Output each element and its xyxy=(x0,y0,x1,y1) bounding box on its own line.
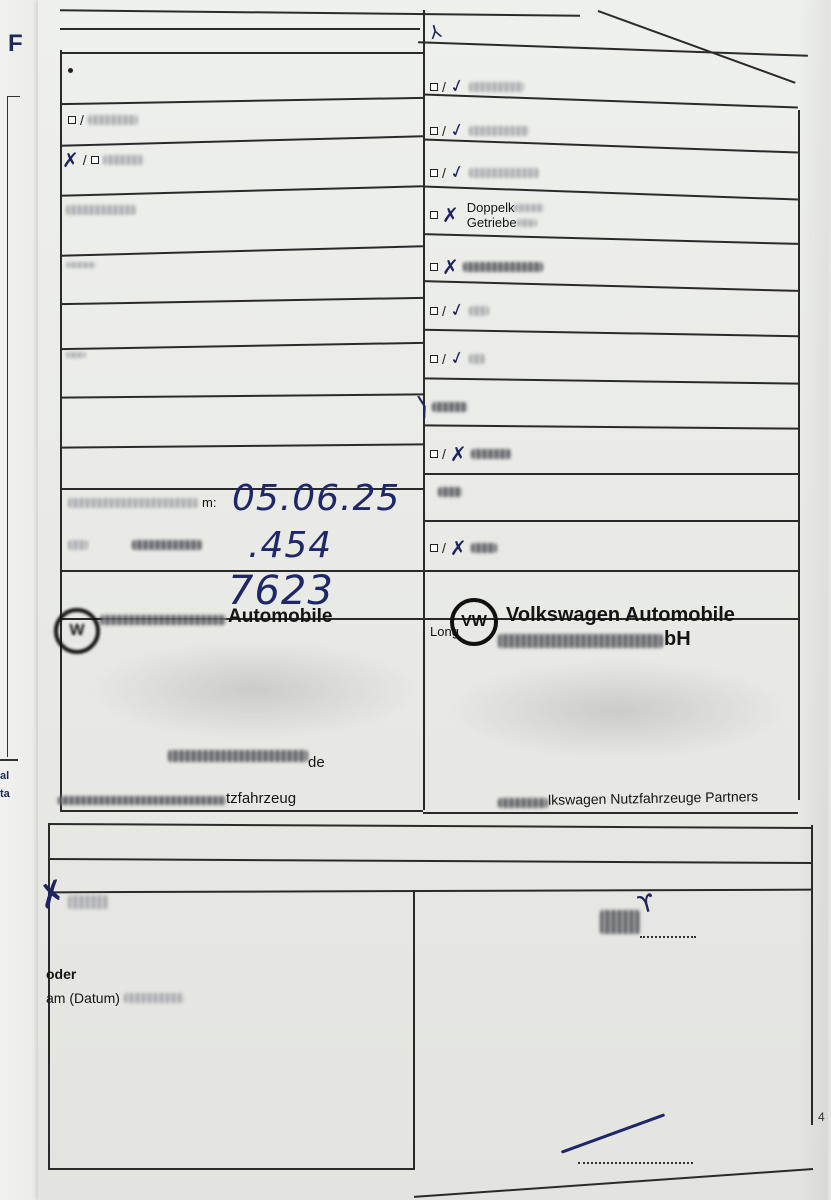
checkbox-icon[interactable] xyxy=(430,307,438,315)
date-label-suffix: m: xyxy=(202,495,216,510)
checkbox-icon[interactable] xyxy=(430,83,438,91)
redacted-label xyxy=(469,354,485,364)
back-page-bracket xyxy=(7,96,20,757)
redacted-label xyxy=(103,155,143,165)
right-row-10 xyxy=(438,487,462,497)
dsg-label: Doppelk Getriebe xyxy=(467,200,545,230)
signature-line[interactable] xyxy=(578,1162,693,1164)
pen-mark: ⅄ xyxy=(427,21,443,44)
pen-signature-stroke xyxy=(561,1113,665,1153)
vw-brand-line-1: Volkswagen Automobile xyxy=(506,604,735,627)
right-checkbox-row-6[interactable]: / ✓ xyxy=(430,300,489,321)
redacted-label xyxy=(432,402,467,412)
service-booklet-page: ⅄ / ✗ / m: 05.06.25 xyxy=(38,0,828,1200)
right-checkbox-row-3[interactable]: / ✓ xyxy=(430,162,539,183)
checkbox-icon[interactable] xyxy=(430,544,438,552)
left-row-1 xyxy=(68,68,73,73)
right-checkbox-row-1[interactable]: / ✓ xyxy=(430,76,524,97)
dealer-stamp-word: Automobile xyxy=(228,606,333,628)
redacted-stamp-line xyxy=(58,796,226,805)
left-row-5 xyxy=(66,262,96,268)
redacted-dealer-name xyxy=(100,615,226,625)
back-page-fragment-2: ta xyxy=(0,788,10,800)
left-row-4 xyxy=(66,205,136,215)
pen-cross-mark: ✗ xyxy=(450,538,467,558)
pen-tick-mark: ⟩ xyxy=(414,391,432,423)
pen-tick-mark: ✓ xyxy=(447,346,467,370)
pen-cross-mark: ✗ xyxy=(442,205,459,225)
redacted-label xyxy=(469,82,524,92)
table-border-right xyxy=(798,110,800,800)
redacted-label xyxy=(66,262,96,268)
checkbox-icon[interactable] xyxy=(430,127,438,135)
right-checkbox-row-5[interactable]: ✗ xyxy=(430,257,543,277)
redacted-label xyxy=(469,306,489,316)
stamp-line-2-suffix: de xyxy=(308,754,325,771)
right-checkbox-row-7[interactable]: / ✓ xyxy=(430,348,485,369)
checkbox-icon[interactable] xyxy=(430,169,438,177)
service-date-row: m: xyxy=(68,495,216,510)
redacted-company-name xyxy=(498,634,663,648)
redacted-label xyxy=(68,498,198,508)
vw-brand-line-2-suffix: bH xyxy=(664,628,691,651)
checkbox-icon[interactable] xyxy=(430,450,438,458)
pen-tick-mark: ✓ xyxy=(447,298,467,322)
right-checkbox-row-11[interactable]: / ✗ xyxy=(430,538,497,558)
pen-cross-mark: ✗ xyxy=(442,257,459,277)
signature-line[interactable] xyxy=(640,936,696,938)
redacted-label xyxy=(68,895,108,909)
redacted-signature xyxy=(600,910,640,934)
checkbox-icon[interactable] xyxy=(430,211,438,219)
date-field-label: am (Datum) xyxy=(46,990,120,1006)
redacted-label xyxy=(471,449,511,459)
date-field[interactable]: am (Datum) xyxy=(46,990,184,1006)
service-date-value[interactable]: 05.06.25 xyxy=(232,478,400,519)
checkbox-icon[interactable] xyxy=(430,263,438,271)
right-checkbox-row-9[interactable]: / ✗ xyxy=(430,444,511,464)
redacted-label xyxy=(132,540,202,550)
stamp-line-3-suffix: tzfahrzeug xyxy=(226,790,296,807)
left-checkbox-row-1[interactable]: / xyxy=(68,112,138,128)
pen-cross-mark: ✗ xyxy=(450,444,467,464)
checkbox-icon[interactable] xyxy=(430,355,438,363)
redacted-label xyxy=(471,543,497,553)
page-number: 4 xyxy=(818,1110,825,1124)
vw-logo-icon: VW xyxy=(450,598,498,646)
back-page-fragment-1: al xyxy=(0,770,9,782)
pen-cross-mark: ✗ xyxy=(33,874,71,916)
redacted-label xyxy=(463,262,543,272)
pen-tick-mark: ✓ xyxy=(447,118,467,142)
redacted-label xyxy=(514,204,544,212)
left-row-7 xyxy=(66,352,86,358)
redacted-label xyxy=(469,168,539,178)
partners-line: lkswagen Nutzfahrzeuge Partners xyxy=(548,788,758,808)
redacted-stamp-line xyxy=(168,750,308,762)
pen-tick-mark: ✓ xyxy=(447,160,467,184)
redacted-label xyxy=(517,219,537,227)
pen-tick-mark: ✓ xyxy=(447,74,467,98)
back-page-rule xyxy=(0,759,18,761)
redacted-label xyxy=(88,115,138,125)
right-checkbox-row-4[interactable]: ✗ Doppelk Getriebe xyxy=(430,200,544,230)
bullet-icon xyxy=(68,68,73,73)
checkbox-icon[interactable] xyxy=(68,116,76,124)
or-label: oder xyxy=(46,966,76,982)
redacted-partner-prefix xyxy=(498,798,548,808)
left-checkbox-row-2[interactable]: ✗ / xyxy=(62,150,143,170)
redacted-label xyxy=(438,487,462,497)
redacted-label xyxy=(469,126,529,136)
mileage-value[interactable]: .454 xyxy=(248,525,332,566)
pen-cross-mark: ✗ xyxy=(62,150,79,170)
mileage-row xyxy=(68,540,202,550)
redacted-label xyxy=(66,352,86,358)
right-checkbox-row-8[interactable]: ⟩ xyxy=(418,392,467,422)
right-checkbox-row-2[interactable]: / ✓ xyxy=(430,120,529,141)
redacted-date-value xyxy=(124,993,184,1003)
checkbox-icon[interactable] xyxy=(91,156,99,164)
redacted-label xyxy=(66,205,136,215)
back-page-heading: F xyxy=(8,30,23,58)
